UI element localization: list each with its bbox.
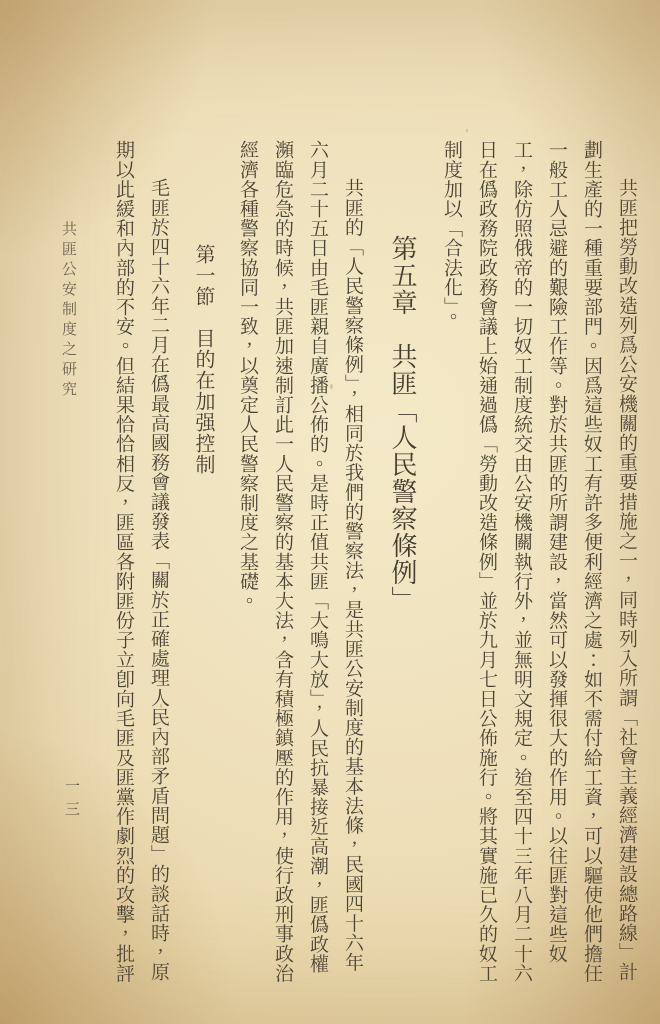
scanned-book-page: 共匪把勞動改造列爲公安機關的重要措施之一，同時列入所謂「社會主義經濟建設總路線」… <box>0 0 660 1024</box>
paper-speck <box>466 129 468 132</box>
section-heading: 第一節 目的在加强控制 <box>184 140 222 986</box>
page-text-block: 共匪把勞動改造列爲公安機關的重要措施之一，同時列入所謂「社會主義經濟建設總路線」… <box>106 140 644 986</box>
paragraph-police-regulation: 共匪的「人民警察條例」，相同於我們的警察法，是共匪公安制度的基本法條，民國四十六… <box>230 140 370 986</box>
paragraph-labor-reform: 共匪把勞動改造列爲公安機關的重要措施之一，同時列入所謂「社會主義經濟建設總路線」… <box>434 140 644 986</box>
page-number: 一三 <box>61 778 82 824</box>
paper-speck <box>160 704 162 708</box>
chapter-heading: 第五章 共匪「人民警察條例」 <box>382 140 422 986</box>
margin-book-title: 共匪公安制度之研究 <box>58 221 79 401</box>
paper-speck <box>330 384 333 389</box>
paragraph-mao-speech: 毛匪於四十六年二月在僞最高國務會議發表「關於正確處理人民內部矛盾問題」的談話時，… <box>106 140 176 986</box>
